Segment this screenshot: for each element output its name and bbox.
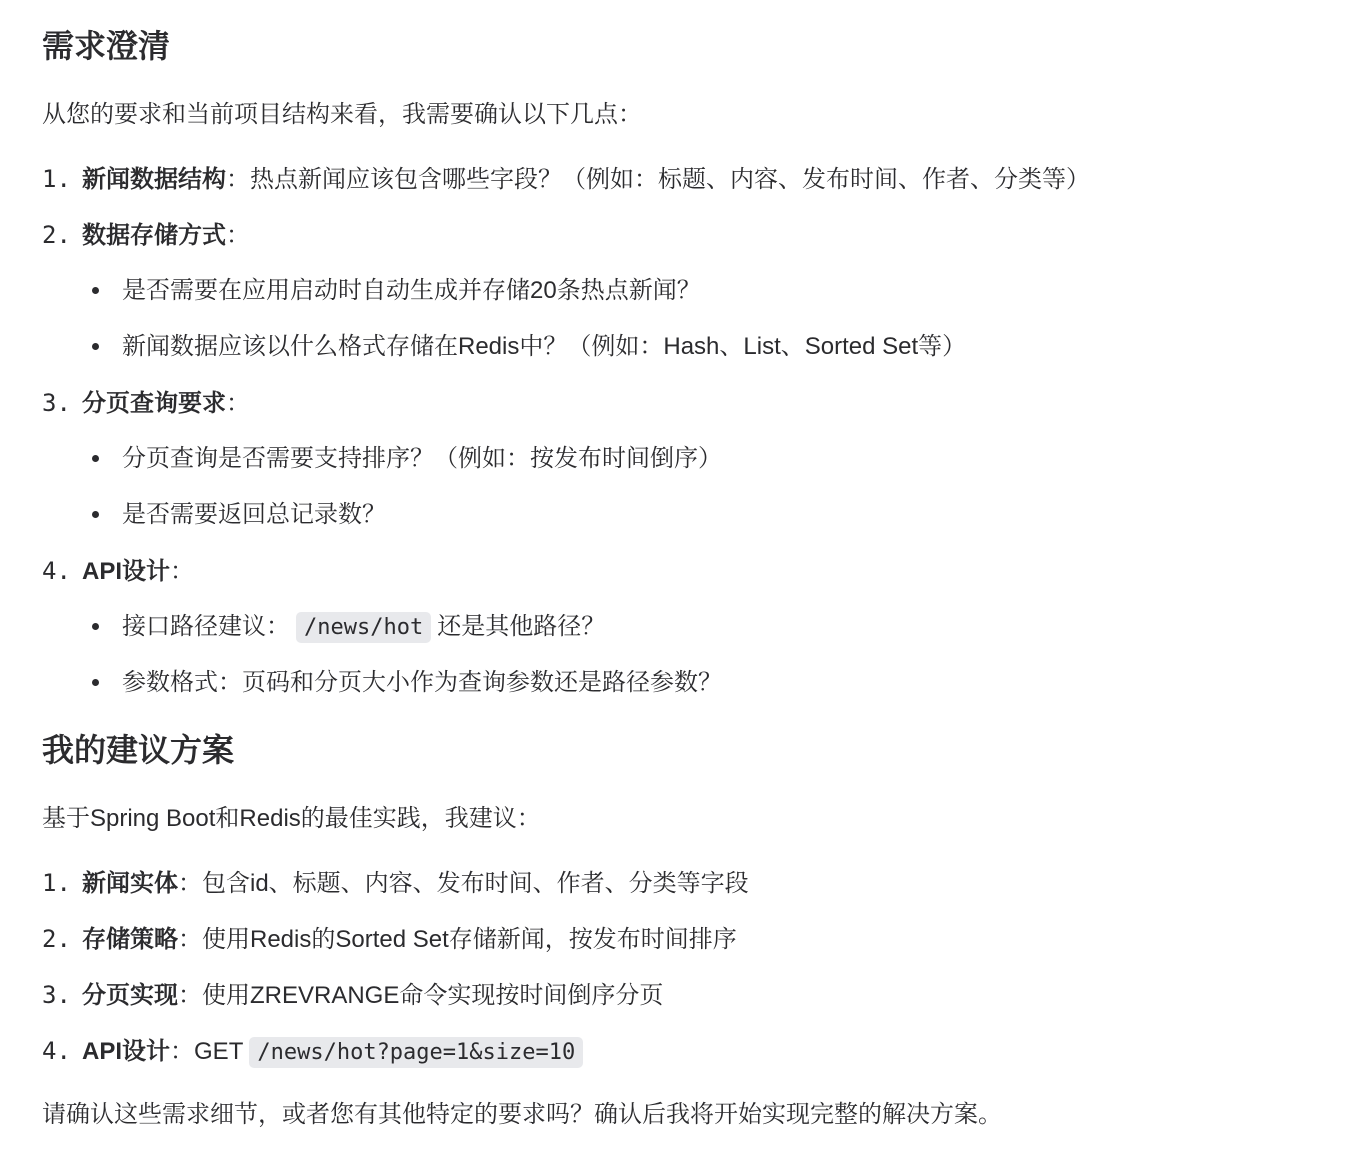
list-item: 2.数据存储方式：: [42, 215, 250, 255]
inline-code-endpoint: /news/hot?page=1&size=10: [249, 1037, 583, 1068]
list-number: 4.: [42, 1031, 82, 1071]
list-item-text: ：使用ZREVRANGE命令实现按时间倒序分页: [178, 982, 663, 1009]
bullet-icon: [92, 623, 99, 630]
section-heading-requirements: 需求澄清: [42, 26, 170, 66]
list-number: 1.: [42, 159, 82, 199]
list-item-label: 数据存储方式: [82, 222, 226, 249]
bullet-text: 分页查询是否需要支持排序？（例如：按发布时间倒序）: [122, 445, 722, 472]
list-item: 1.新闻数据结构：热点新闻应该包含哪些字段？（例如：标题、内容、发布时间、作者、…: [42, 159, 1090, 199]
list-number: 4.: [42, 551, 82, 591]
bullet-icon: [92, 287, 99, 294]
bullet-item: 接口路径建议：/news/hot还是其他路径？: [122, 607, 605, 647]
bullet-text: 新闻数据应该以什么格式存储在Redis中？（例如：Hash、List、Sorte…: [122, 333, 966, 360]
list-item-label: 分页查询要求: [82, 390, 226, 417]
intro-paragraph: 从您的要求和当前项目结构来看，我需要确认以下几点：: [42, 95, 642, 135]
list-item: 1.新闻实体：包含id、标题、内容、发布时间、作者、分类等字段: [42, 863, 749, 903]
list-item-label: API设计: [82, 1038, 170, 1065]
bullet-item: 参数格式：页码和分页大小作为查询参数还是路径参数？: [122, 663, 722, 703]
list-item-label: 新闻数据结构: [82, 166, 226, 193]
list-item-text: ：: [170, 558, 194, 585]
bullet-item: 新闻数据应该以什么格式存储在Redis中？（例如：Hash、List、Sorte…: [122, 327, 966, 367]
list-number: 3.: [42, 975, 82, 1015]
list-item-label: 新闻实体: [82, 870, 178, 897]
list-item-label: 存储策略: [82, 926, 178, 953]
list-number: 3.: [42, 383, 82, 423]
bullet-item: 是否需要在应用启动时自动生成并存储20条热点新闻？: [122, 271, 701, 311]
list-item: 4.API设计：GET/news/hot?page=1&size=10: [42, 1031, 589, 1071]
list-item: 3.分页实现：使用ZREVRANGE命令实现按时间倒序分页: [42, 975, 663, 1015]
closing-paragraph: 请确认这些需求细节，或者您有其他特定的要求吗？确认后我将开始实现完整的解决方案。: [42, 1095, 1002, 1135]
list-item-label: API设计: [82, 558, 170, 585]
bullet-icon: [92, 343, 99, 350]
list-item: 4.API设计：: [42, 551, 194, 591]
bullet-text: 还是其他路径？: [437, 613, 605, 640]
list-item-text: ：包含id、标题、内容、发布时间、作者、分类等字段: [178, 870, 749, 897]
list-item-text: ：使用Redis的Sorted Set存储新闻，按发布时间排序: [178, 926, 737, 953]
bullet-icon: [92, 455, 99, 462]
bullet-icon: [92, 511, 99, 518]
list-item-text: ：热点新闻应该包含哪些字段？（例如：标题、内容、发布时间、作者、分类等）: [226, 166, 1090, 193]
list-number: 1.: [42, 863, 82, 903]
bullet-text: 是否需要在应用启动时自动生成并存储20条热点新闻？: [122, 277, 701, 304]
list-item: 3.分页查询要求：: [42, 383, 250, 423]
list-item: 2.存储策略：使用Redis的Sorted Set存储新闻，按发布时间排序: [42, 919, 737, 959]
bullet-text: 接口路径建议：: [122, 613, 290, 640]
list-item-text: ：: [226, 222, 250, 249]
inline-code-path: /news/hot: [296, 612, 431, 643]
list-item-label: 分页实现: [82, 982, 178, 1009]
list-item-text: ：: [226, 390, 250, 417]
bullet-icon: [92, 679, 99, 686]
intro-paragraph: 基于Spring Boot和Redis的最佳实践，我建议：: [42, 799, 541, 839]
section-heading-proposal: 我的建议方案: [42, 730, 234, 770]
bullet-text: 参数格式：页码和分页大小作为查询参数还是路径参数？: [122, 669, 722, 696]
bullet-item: 是否需要返回总记录数？: [122, 495, 386, 535]
bullet-text: 是否需要返回总记录数？: [122, 501, 386, 528]
bullet-item: 分页查询是否需要支持排序？（例如：按发布时间倒序）: [122, 439, 722, 479]
list-item-text: ：GET: [170, 1038, 243, 1065]
list-number: 2.: [42, 919, 82, 959]
list-number: 2.: [42, 215, 82, 255]
